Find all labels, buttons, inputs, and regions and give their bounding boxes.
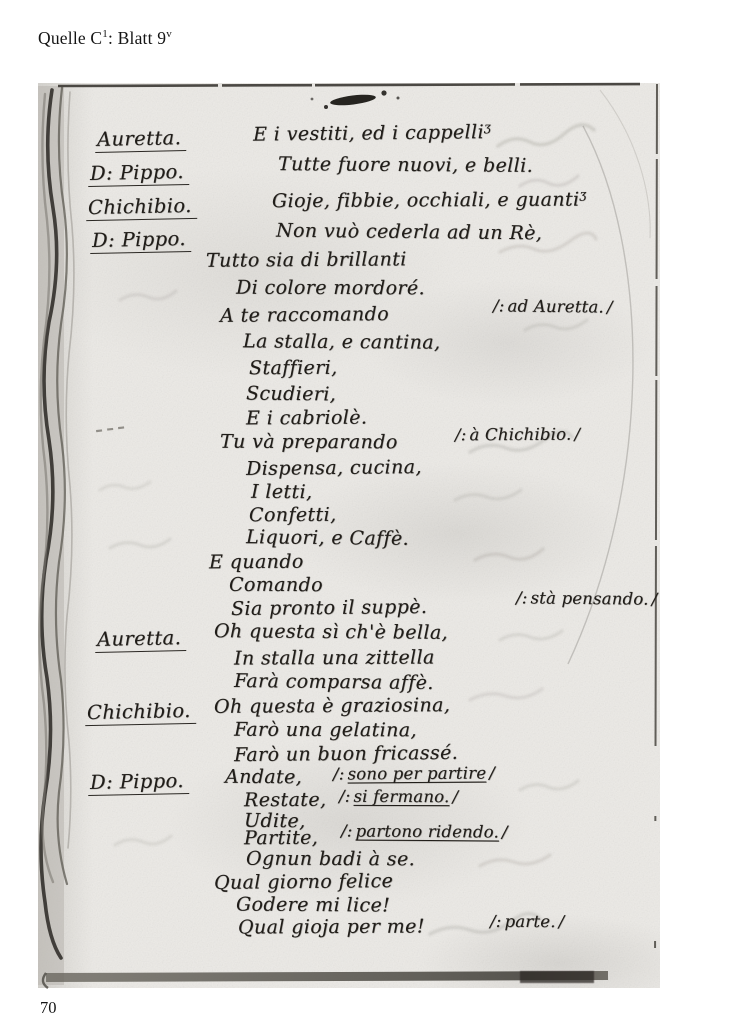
verse-line: Dispensa, cucina,	[246, 456, 422, 480]
speaker-label: D: Pippo.	[88, 160, 189, 187]
verse-line: Qual giorno felice	[214, 870, 393, 894]
stage-direction-text: stà pensando.	[530, 588, 648, 608]
stage-direction-text: à Chichibio.	[469, 425, 571, 445]
stage-direction-open: /:	[513, 588, 531, 607]
verse-line: In stalla una zittella	[234, 646, 435, 669]
verse-text: Tu và preparando	[220, 431, 398, 454]
verse-line: Godere mi lice!	[236, 893, 390, 916]
verse-line: E i cabriolè.	[246, 407, 367, 430]
stage-direction-text: si fermano.	[353, 787, 449, 806]
speaker-label: Auretta.	[95, 126, 187, 153]
verse-text: Non vuò cederla ad un Rè,	[276, 220, 542, 245]
stage-direction: /:stà pensando./	[513, 588, 661, 609]
stage-direction-open: /:	[338, 821, 356, 840]
scanned-document-page: Quelle C1: Blatt 9v	[0, 0, 735, 1030]
verse-text: Farà comparsa affè.	[234, 670, 434, 694]
stage-direction-close: /	[556, 912, 568, 931]
verse-text: Staffieri,	[249, 357, 338, 379]
verse-line: Oh questa è graziosina,	[214, 694, 450, 718]
stage-direction-open: /:	[452, 425, 470, 444]
verse-text: Gioje, fibbie, occhiali, e guanti	[272, 189, 580, 213]
stage-direction-text: ad Auretta.	[507, 297, 604, 317]
speaker-label: Chichibio.	[86, 194, 197, 221]
verse-line: Qual gioja per me!	[238, 916, 425, 939]
source-caption: Quelle C1: Blatt 9v	[38, 28, 172, 49]
stage-direction-close: /	[486, 763, 498, 782]
verse-line: Restate,	[244, 789, 327, 811]
verse-line: Confetti,	[249, 504, 337, 526]
stage-direction: /:parte./	[487, 912, 568, 931]
stage-direction-close: /	[499, 823, 511, 842]
verse-line: Farò un buon fricassé.	[234, 742, 458, 766]
verse-line: E quando	[209, 551, 304, 574]
verse-text: I letti,	[251, 481, 313, 503]
verse-text: Andate,	[225, 766, 302, 789]
verse-line: I letti,	[251, 481, 313, 503]
stage-direction: /:sono per partire/	[330, 763, 498, 783]
verse-text: E i vestiti, ed i cappelli	[253, 121, 484, 145]
verse-line: Partite,	[244, 827, 318, 850]
verse-text: Comando	[229, 574, 323, 596]
source-caption-mid: : Blatt 9	[108, 28, 166, 48]
verse-text: Qual gioja per me!	[238, 916, 425, 939]
verse-text: Liquori, e Caffè.	[246, 526, 409, 550]
speaker-label: Auretta.	[95, 626, 187, 653]
source-caption-superscript-v: v	[166, 28, 172, 40]
verse-text: Sia pronto il suppè.	[231, 596, 428, 620]
verse-text: Farò un buon fricassé.	[234, 742, 458, 766]
verse-text: La stalla, e cantina,	[243, 330, 441, 353]
verse-text: Scudieri,	[246, 383, 336, 406]
verse-line: E i vestiti, ed i cappelliʒ	[253, 120, 491, 146]
verse-line: Non vuò cederla ad un Rè,	[276, 220, 542, 245]
stage-direction-text: sono per partire	[347, 763, 486, 783]
verse-text: Restate,	[244, 789, 327, 811]
stage-direction-close: /	[649, 590, 661, 609]
verse-line: Gioje, fibbie, occhiali, e guantiʒ	[272, 187, 587, 212]
verse-line: Sia pronto il suppè.	[231, 596, 428, 620]
verse-line: Farà comparsa affè.	[234, 670, 434, 694]
stage-direction: /:si fermano./	[336, 787, 461, 806]
verse-text: Oh questa è graziosina,	[214, 694, 450, 718]
verse-line: La stalla, e cantina,	[243, 330, 441, 353]
verse-line: Scudieri,	[246, 383, 336, 406]
verse-text: Godere mi lice!	[236, 893, 390, 916]
verse-text: E i cabriolè.	[246, 407, 367, 430]
verse-text: Oh questa sì ch'è bella,	[214, 620, 448, 644]
verse-text: Qual giorno felice	[214, 870, 393, 894]
verse-text: Tutto sia di brillanti	[206, 248, 407, 271]
source-caption-prefix: Quelle C	[38, 28, 102, 48]
stage-direction-open: /:	[487, 912, 505, 931]
stage-direction-text: parte.	[504, 912, 555, 931]
abbreviation-mark: ʒ	[484, 120, 491, 134]
stage-direction-close: /	[604, 298, 616, 317]
verse-line: A te raccomando	[220, 303, 389, 327]
speaker-label: D: Pippo.	[88, 769, 189, 796]
stage-direction: /:ad Auretta./	[490, 296, 616, 316]
verse-line: Di colore mordoré.	[236, 277, 425, 300]
verse-text: Di colore mordoré.	[236, 277, 425, 300]
verse-text: In stalla una zittella	[234, 646, 435, 669]
verse-line: Ognun badi à se.	[246, 848, 415, 871]
verse-line: Oh questa sì ch'è bella,	[214, 620, 448, 644]
verse-text: Farò una gelatina,	[234, 719, 417, 742]
verse-line: Tu và preparando	[220, 431, 398, 454]
stage-direction-close: /	[449, 787, 461, 806]
stage-direction-close: /	[571, 425, 583, 444]
verse-line: Tutte fuore nuovi, e belli.	[278, 153, 533, 177]
stage-direction-text: partono ridendo.	[355, 822, 499, 842]
verse-text: Confetti,	[249, 504, 337, 526]
verse-line: Liquori, e Caffè.	[246, 526, 409, 550]
verse-text: Tutte fuore nuovi, e belli.	[278, 153, 533, 177]
page-number: 70	[40, 998, 57, 1018]
verse-text: A te raccomando	[220, 303, 389, 327]
abbreviation-mark: ʒ	[579, 187, 586, 201]
verse-text: Dispensa, cucina,	[246, 456, 422, 480]
verse-text: Ognun badi à se.	[246, 848, 415, 871]
stage-direction-open: /:	[336, 787, 354, 806]
verse-text: E quando	[209, 551, 304, 574]
verse-line: Comando	[229, 574, 323, 596]
stage-direction-open: /:	[330, 764, 348, 783]
stage-direction-open: /:	[490, 296, 508, 315]
speaker-label: Chichibio.	[85, 699, 196, 726]
verse-text: Partite,	[244, 827, 318, 850]
verse-line: Andate,	[225, 766, 302, 789]
verse-line: Farò una gelatina,	[234, 719, 417, 742]
verse-line: Tutto sia di brillanti	[206, 248, 407, 271]
speaker-label: D: Pippo.	[90, 227, 191, 254]
stage-direction: /:à Chichibio./	[452, 425, 583, 445]
verse-line: Staffieri,	[249, 357, 338, 379]
stage-direction: /:partono ridendo./	[338, 821, 511, 841]
